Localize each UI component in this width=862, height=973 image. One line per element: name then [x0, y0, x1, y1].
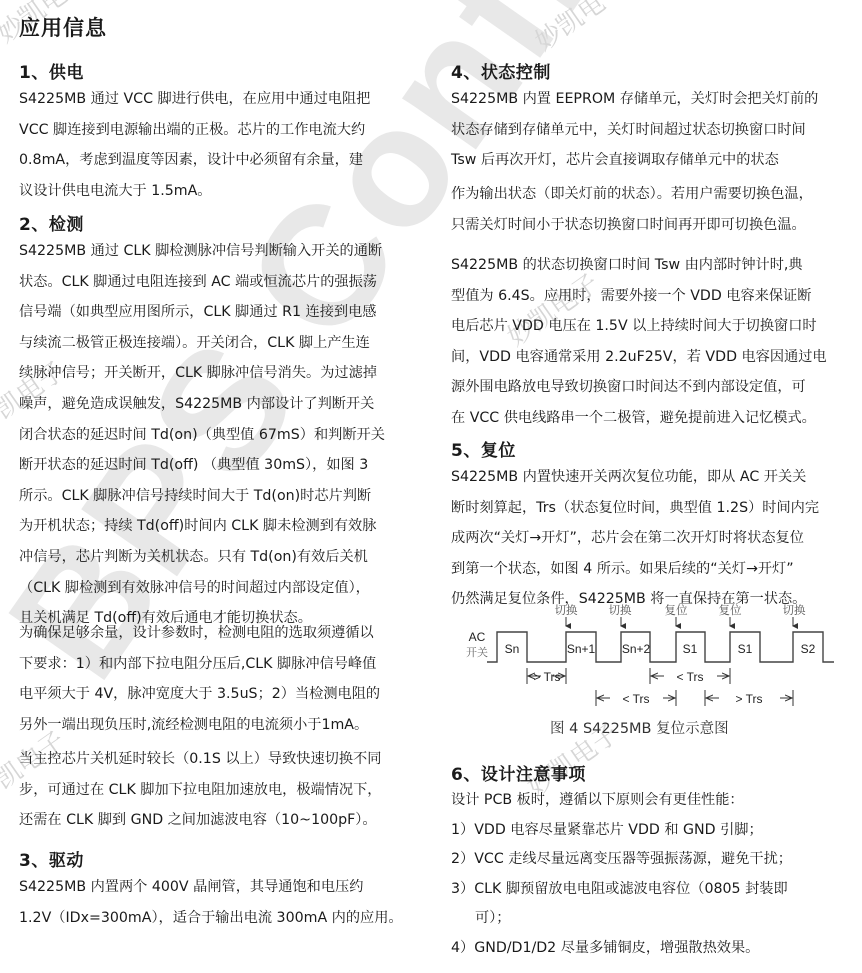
pulse-label: S2	[801, 642, 816, 656]
event-label: 切换	[783, 603, 806, 617]
text-line: 成两次“关灯→开灯”，芯片会在第二次开灯时将状态复位	[451, 523, 819, 554]
text-line: S4225MB 内置快速开关两次复位功能，即从 AC 开关关	[451, 462, 819, 493]
interval-label: > Trs	[533, 670, 560, 684]
section-detect-requirements: 为确保足够余量，设计参数时，检测电阻的选取须遵循以 下要求：1）和内部下拉电阻分…	[19, 618, 380, 740]
text-line: VCC 脚连接到电源输出端的正极。芯片的工作电流大约	[19, 115, 370, 146]
text-line: 状态。CLK 脚通过电阻连接到 AC 端或恒流芯片的强振荡	[19, 267, 385, 298]
section-heading-state-control: 4、状态控制	[451, 58, 551, 83]
list-item-continuation: 可）；	[451, 904, 792, 934]
text-line: S4225MB 通过 VCC 脚进行供电，在应用中通过电阻把	[19, 84, 370, 115]
section-drive-text: S4225MB 内置两个 400V 晶闸管，其导通饱和电压约 1.2V（IDx=…	[19, 872, 403, 933]
list-item: 1）VDD 电容尽量紧靠芯片 VDD 和 GND 引脚；	[451, 816, 792, 846]
text-line: 源外围电路放电导致切换窗口时间达不到内部设定值，可	[451, 372, 827, 403]
section-design-notes-list: 设计 PCB 板时，遵循以下原则会有更佳性能： 1）VDD 电容尽量紧靠芯片 V…	[451, 786, 792, 963]
list-item: 3）CLK 脚预留放电电阻或滤波电容位（0805 封装即	[451, 875, 792, 905]
text-line: 只需关灯时间小于状态切换窗口时间再开即可切换色温。	[451, 210, 813, 241]
section-power-text: S4225MB 通过 VCC 脚进行供电，在应用中通过电阻把 VCC 脚连接到电…	[19, 84, 370, 206]
section-heading-detect: 2、检测	[19, 210, 84, 235]
text-line: 间，VDD 电容通常采用 2.2uF25V，若 VDD 电容因通过电	[451, 342, 827, 373]
text-line: S4225MB 内置两个 400V 晶闸管，其导通饱和电压约	[19, 872, 403, 903]
text-line: 信号端（如典型应用图所示，CLK 脚通过 R1 连接到电感	[19, 297, 385, 328]
page-title: 应用信息	[19, 12, 107, 42]
text-line: （CLK 脚检测到有效脉冲信号的时间超过内部设定值），	[19, 573, 385, 604]
text-line: 断时刻算起，Trs（状态复位时间，典型值 1.2S）时间内完	[451, 493, 819, 524]
pulse-label: Sn+2	[622, 642, 651, 656]
event-label: 切换	[609, 603, 632, 617]
text-line: 电后芯片 VDD 电压在 1.5V 以上持续时间大于切换窗口时	[451, 311, 827, 342]
text-line: 到第一个状态，如图 4 所示。如果后续的“关灯→开灯”	[451, 554, 819, 585]
signal-label-switch: 开关	[466, 646, 488, 659]
text-line: 作为输出状态（即关灯前的状态）。若用户需要切换色温，	[451, 179, 813, 210]
text-line: Tsw 后再次开灯，芯片会直接调取存储单元中的状态	[451, 145, 818, 176]
event-label: 复位	[665, 604, 688, 617]
text-line: 冲信号，芯片判断为关机状态。只有 Td(on)有效后关机	[19, 542, 385, 573]
reset-timing-diagram: AC 开关 Sn Sn+1 Sn+2 S1 S1 S2 切换 切换 复位 复位 …	[455, 598, 855, 710]
text-line: 还需在 CLK 脚到 GND 之间加滤波电容（10~100pF）。	[19, 805, 381, 836]
section-heading-design-notes: 6、设计注意事项	[451, 760, 586, 785]
text-line: 续脉冲信号；开关断开，CLK 脚脉冲信号消失。为过滤掉	[19, 358, 385, 389]
interval-label: > Trs	[735, 692, 762, 706]
pulse-label: Sn	[505, 642, 520, 656]
pulse-label: S1	[738, 642, 753, 656]
text-line: 闭合状态的延迟时间 Td(on)（典型值 67mS）和判断开关	[19, 420, 385, 451]
section-heading-power: 1、供电	[19, 58, 84, 83]
figure-caption: 图 4 S4225MB 复位示意图	[550, 717, 729, 738]
text-line: 状态存储到存储单元中，关灯时间超过状态切换窗口时间	[451, 115, 818, 146]
text-line: S4225MB 的状态切换窗口时间 Tsw 由内部时钟计时,典	[451, 250, 827, 281]
section-heading-reset: 5、复位	[451, 436, 516, 461]
text-line: 型值为 6.4S。应用时，需要外接一个 VDD 电容来保证断	[451, 281, 827, 312]
section-heading-drive: 3、驱动	[19, 846, 84, 871]
event-label: 切换	[555, 603, 578, 617]
section-state-tsw: S4225MB 的状态切换窗口时间 Tsw 由内部时钟计时,典 型值为 6.4S…	[451, 250, 827, 434]
pulse-label: S1	[683, 642, 698, 656]
event-arrows	[566, 617, 793, 626]
interval-label: < Trs	[622, 692, 649, 706]
text-line: 0.8mA，考虑到温度等因素，设计中必须留有余量，建	[19, 145, 370, 176]
text-line: 议设计供电电流大于 1.5mA。	[19, 176, 370, 207]
text-line: 另外一端出现负压时,流经检测电阻的电流须小于1mA。	[19, 710, 380, 741]
section-detect-note: 当主控芯片关机延时较长（0.1S 以上）导致快速切换不同 步，可通过在 CLK …	[19, 744, 381, 836]
text-line: 电平须大于 4V，脉冲宽度大于 3.5uS；2）当检测电阻的	[19, 679, 380, 710]
pulse-label: Sn+1	[567, 642, 596, 656]
text-line: 设计 PCB 板时，遵循以下原则会有更佳性能：	[451, 786, 792, 816]
text-line: 当主控芯片关机延时较长（0.1S 以上）导致快速切换不同	[19, 744, 381, 775]
text-line: 在 VCC 供电线路串一个二极管，避免提前进入记忆模式。	[451, 403, 827, 434]
text-line: 为开机状态；持续 Td(off)时间内 CLK 脚未检测到有效脉	[19, 511, 385, 542]
text-line: S4225MB 通过 CLK 脚检测脉冲信号判断输入开关的通断	[19, 236, 385, 267]
text-line: S4225MB 内置 EEPROM 存储单元，关灯时会把关灯前的	[451, 84, 818, 115]
ac-switch-waveform	[487, 632, 834, 662]
event-label: 复位	[719, 604, 742, 617]
interval-label: < Trs	[676, 670, 703, 684]
section-state-text: S4225MB 内置 EEPROM 存储单元，关灯时会把关灯前的 状态存储到存储…	[451, 84, 818, 176]
section-detect-text: S4225MB 通过 CLK 脚检测脉冲信号判断输入开关的通断 状态。CLK 脚…	[19, 236, 385, 634]
list-item: 4）GND/D1/D2 尽量多铺铜皮，增强散热效果。	[451, 934, 792, 964]
company-watermark: 妙凯电	[526, 0, 611, 58]
text-line: 断开状态的延迟时间 Td(off) （典型值 30mS），如图 3	[19, 450, 385, 481]
text-line: 所示。CLK 脚脉冲信号持续时间大于 Td(on)时芯片判断	[19, 481, 385, 512]
list-item: 2）VCC 走线尽量远离变压器等强振荡源，避免干扰；	[451, 845, 792, 875]
text-line: 与续流二极管正极连接端）。开关闭合，CLK 脚上产生连	[19, 328, 385, 359]
text-line: 下要求：1）和内部下拉电阻分压后,CLK 脚脉冲信号峰值	[19, 649, 380, 680]
text-line: 为确保足够余量，设计参数时，检测电阻的选取须遵循以	[19, 618, 380, 649]
text-line: 1.2V（IDx=300mA），适合于输出电流 300mA 内的应用。	[19, 903, 403, 934]
section-reset-text: S4225MB 内置快速开关两次复位功能，即从 AC 开关关 断时刻算起，Trs…	[451, 462, 819, 615]
signal-label-ac: AC	[469, 630, 486, 644]
section-state-output: 作为输出状态（即关灯前的状态）。若用户需要切换色温， 只需关灯时间小于状态切换窗…	[451, 179, 813, 240]
text-line: 噪声，避免造成误触发，S4225MB 内部设计了判断开关	[19, 389, 385, 420]
text-line: 步，可通过在 CLK 脚加下拉电阻加速放电，极端情况下，	[19, 775, 381, 806]
